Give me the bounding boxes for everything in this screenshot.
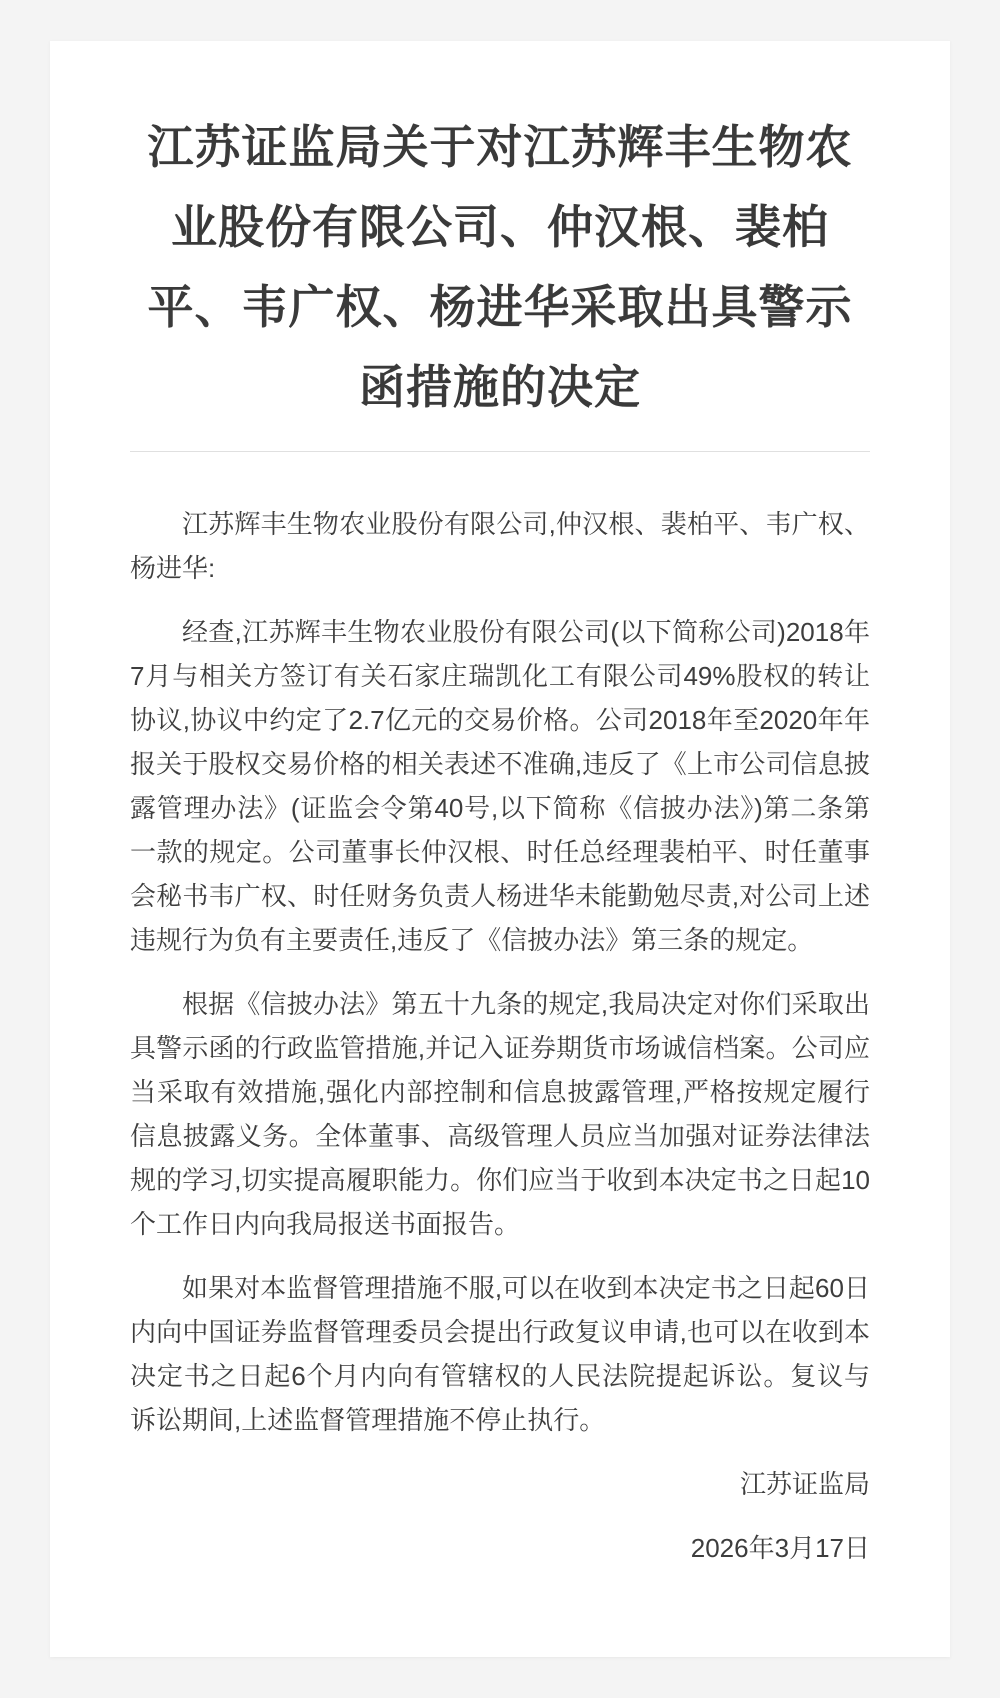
findings-paragraph: 经查,江苏辉丰生物农业股份有限公司(以下简称公司)2018年7月与相关方签订有关… [130,610,870,962]
decision-paragraph: 根据《信披办法》第五十九条的规定,我局决定对你们采取出具警示函的行政监管措施,并… [130,982,870,1246]
document-card: 江苏证监局关于对江苏辉丰生物农业股份有限公司、仲汉根、裴柏平、韦广权、杨进华采取… [50,41,950,1657]
title-divider [130,451,870,452]
document-title: 江苏证监局关于对江苏辉丰生物农业股份有限公司、仲汉根、裴柏平、韦广权、杨进华采取… [130,107,870,427]
salutation-paragraph: 江苏辉丰生物农业股份有限公司,仲汉根、裴柏平、韦广权、杨进华: [130,502,870,590]
issue-date: 2026年3月17日 [130,1526,870,1570]
issuer-signature: 江苏证监局 [130,1462,870,1506]
appeal-rights-paragraph: 如果对本监督管理措施不服,可以在收到本决定书之日起60日内向中国证券监督管理委员… [130,1266,870,1442]
document-body: 江苏辉丰生物农业股份有限公司,仲汉根、裴柏平、韦广权、杨进华: 经查,江苏辉丰生… [130,502,870,1442]
document-footer: 江苏证监局 2026年3月17日 [130,1462,870,1570]
